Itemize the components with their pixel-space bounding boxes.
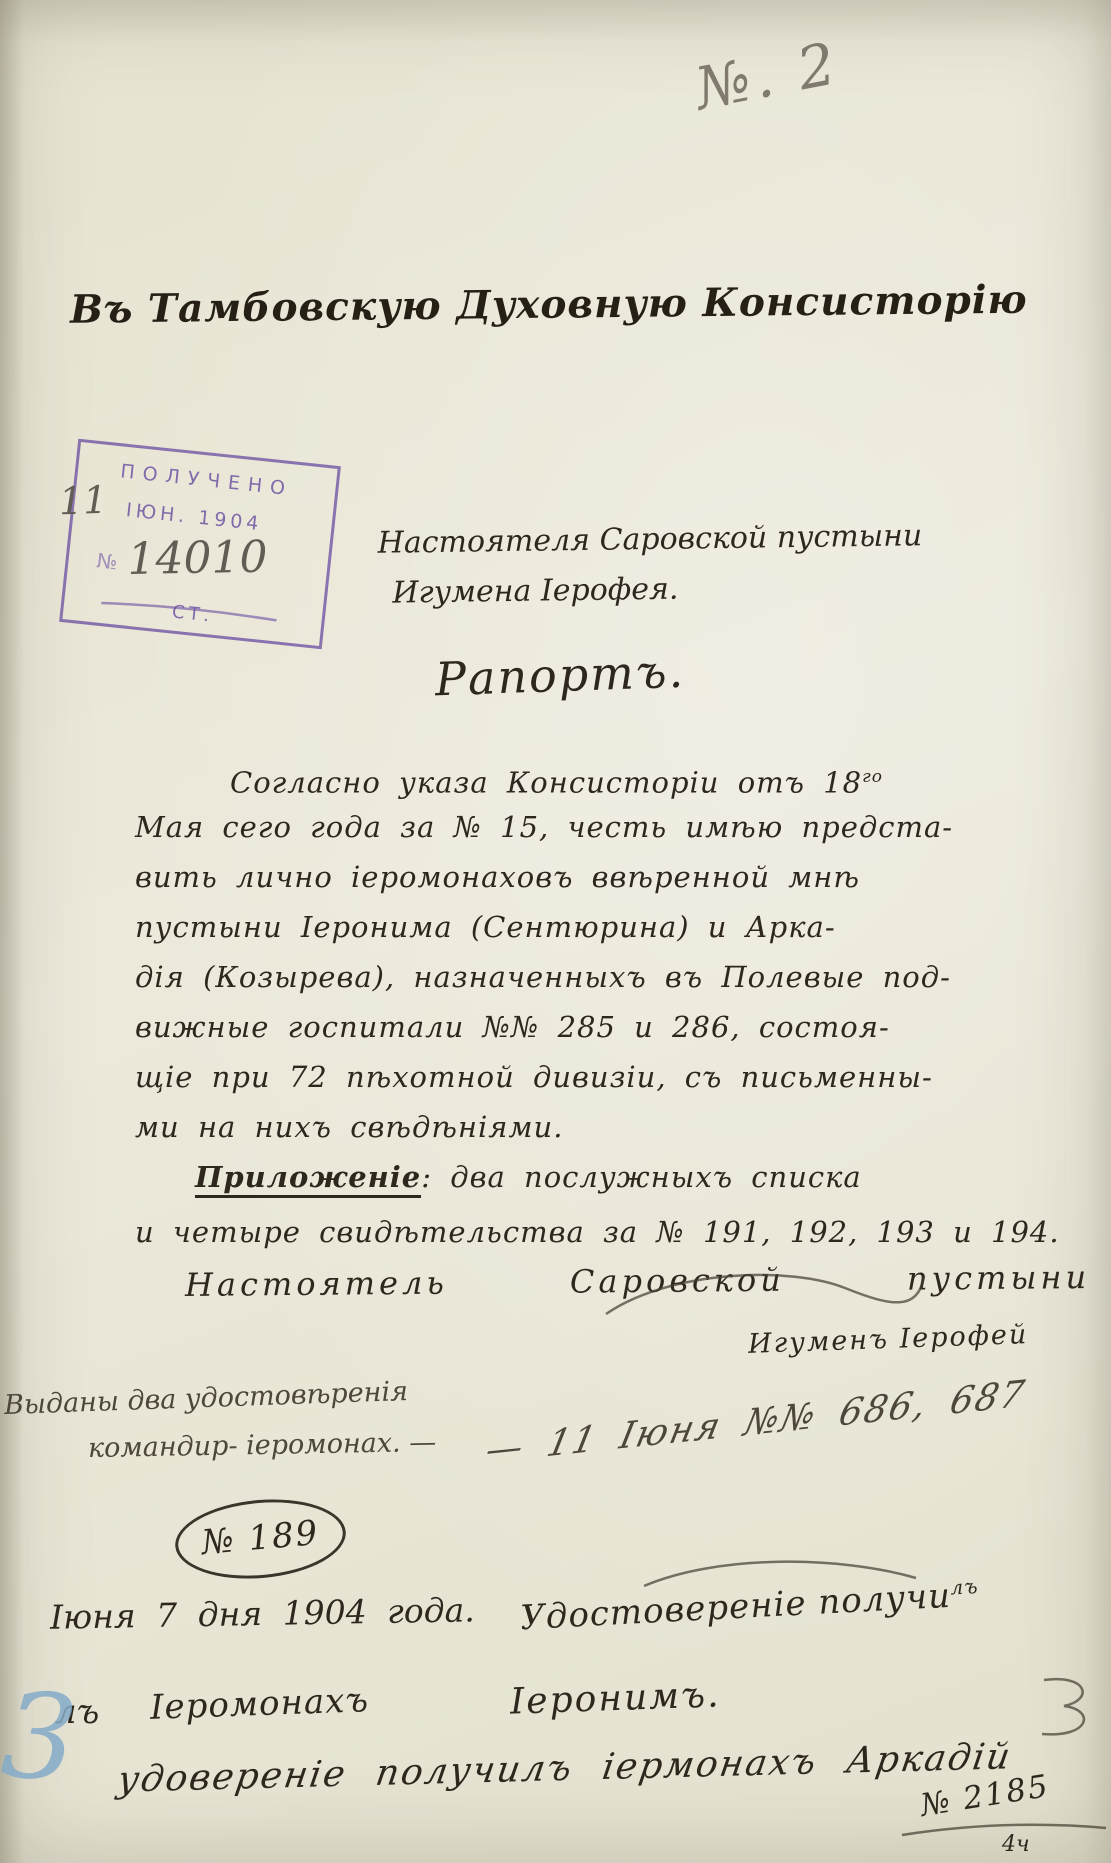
outgoing-number-oval: № 189 <box>172 1493 349 1586</box>
attachment-text: : два послужныхъ списка <box>421 1160 861 1194</box>
attachment-label: Приложеніе <box>195 1160 421 1198</box>
stamp-handwritten-day: 11 <box>58 478 108 524</box>
attachment-line2: и четыре свидѣтельства за № 191, 192, 19… <box>135 1205 1060 1260</box>
pencil-folio-number: №. 2 <box>690 29 845 123</box>
attachment-line1: Приложеніе: два послужныхъ списка <box>135 1150 1060 1205</box>
stamp-received-label: ПОЛУЧЕНО <box>77 456 336 505</box>
issued-note-numbers: — 11 Іюня №№ 686, 687 <box>482 1373 1029 1472</box>
body-line: пустыни Іеронима (Сентюрина) и Арка- <box>135 902 1015 952</box>
received-stamp: ПОЛУЧЕНО 11 ІЮН. 1904 № 14010 СТ. <box>59 439 341 650</box>
addressee-line2: Игумена Іерофея. <box>378 561 923 619</box>
issued-note-line2: командир- іеромонах. — <box>88 1427 437 1464</box>
receipt-jeronim-text: Удостовереніе получи <box>519 1576 952 1639</box>
issued-note-line1: Выданы два удостовѣренія <box>4 1376 409 1421</box>
receipt-jeronim-rank: Іеромонахъ <box>149 1680 369 1728</box>
addressee-line1: Настоятеля Саровской пустыни <box>377 511 922 569</box>
body-line: ми на нихъ свѣдѣніями. <box>135 1102 1015 1152</box>
stamp-handwritten-number: 14010 <box>127 532 268 585</box>
body-line-text: Согласно указа Консисторіи отъ 18 <box>230 766 862 800</box>
ordinal-superscript: го <box>862 767 883 787</box>
stamp-month-year: ІЮН. 1904 <box>125 499 263 535</box>
signature-name: Игуменъ Іерофей <box>748 1319 1029 1360</box>
blue-pencil-margin-mark: 3 <box>0 1666 82 1809</box>
body-line: вить лично іеромонаховъ ввѣренной мнѣ <box>135 852 1015 902</box>
stamp-st-label: СТ. <box>63 590 322 638</box>
date-line: Іюня 7 дня 1904 года. <box>50 1590 475 1636</box>
body-line: Мая сего года за № 15, честь имѣю предст… <box>135 802 1015 852</box>
receipt-jeronim-name: Іеронимъ. <box>509 1674 721 1722</box>
signature-title: Настоятель Саровской пустыни <box>185 1258 1090 1304</box>
archive-number-sub: 4ч <box>1002 1832 1030 1857</box>
receipt-arkady-line: удовереніе получилъ іермонахъ Аркадій <box>115 1736 1015 1801</box>
body-line: щіе при 72 пѣхотной дивизіи, съ письменн… <box>135 1052 1015 1102</box>
report-body: Согласно указа Консисторіи отъ 18го Мая … <box>135 752 1015 1152</box>
body-line: Согласно указа Консисторіи отъ 18го <box>135 752 1015 802</box>
stamp-number-prefix: № <box>95 548 118 574</box>
receipt-jeronim-line1: Удостовереніе получилъ <box>519 1574 980 1638</box>
report-heading: Рапортъ. <box>394 642 726 707</box>
body-line: дія (Козырева), назначенныхъ въ Полевые … <box>135 952 1015 1002</box>
body-line: вижные госпитали №№ 285 и 286, состоя- <box>135 1002 1015 1052</box>
receipt-jeronim-suffix: лъ <box>950 1574 979 1599</box>
addressee-block: Настоятеля Саровской пустыни Игумена Іер… <box>377 511 923 619</box>
document-title: Въ Тамбовскую Духовную Консисторію <box>70 277 970 332</box>
scanned-document-page: №. 2 Въ Тамбовскую Духовную Консисторію … <box>0 0 1111 1863</box>
pen-flourish <box>1030 1672 1100 1742</box>
attachment-note: Приложеніе: два послужныхъ списка и четы… <box>135 1150 1060 1260</box>
